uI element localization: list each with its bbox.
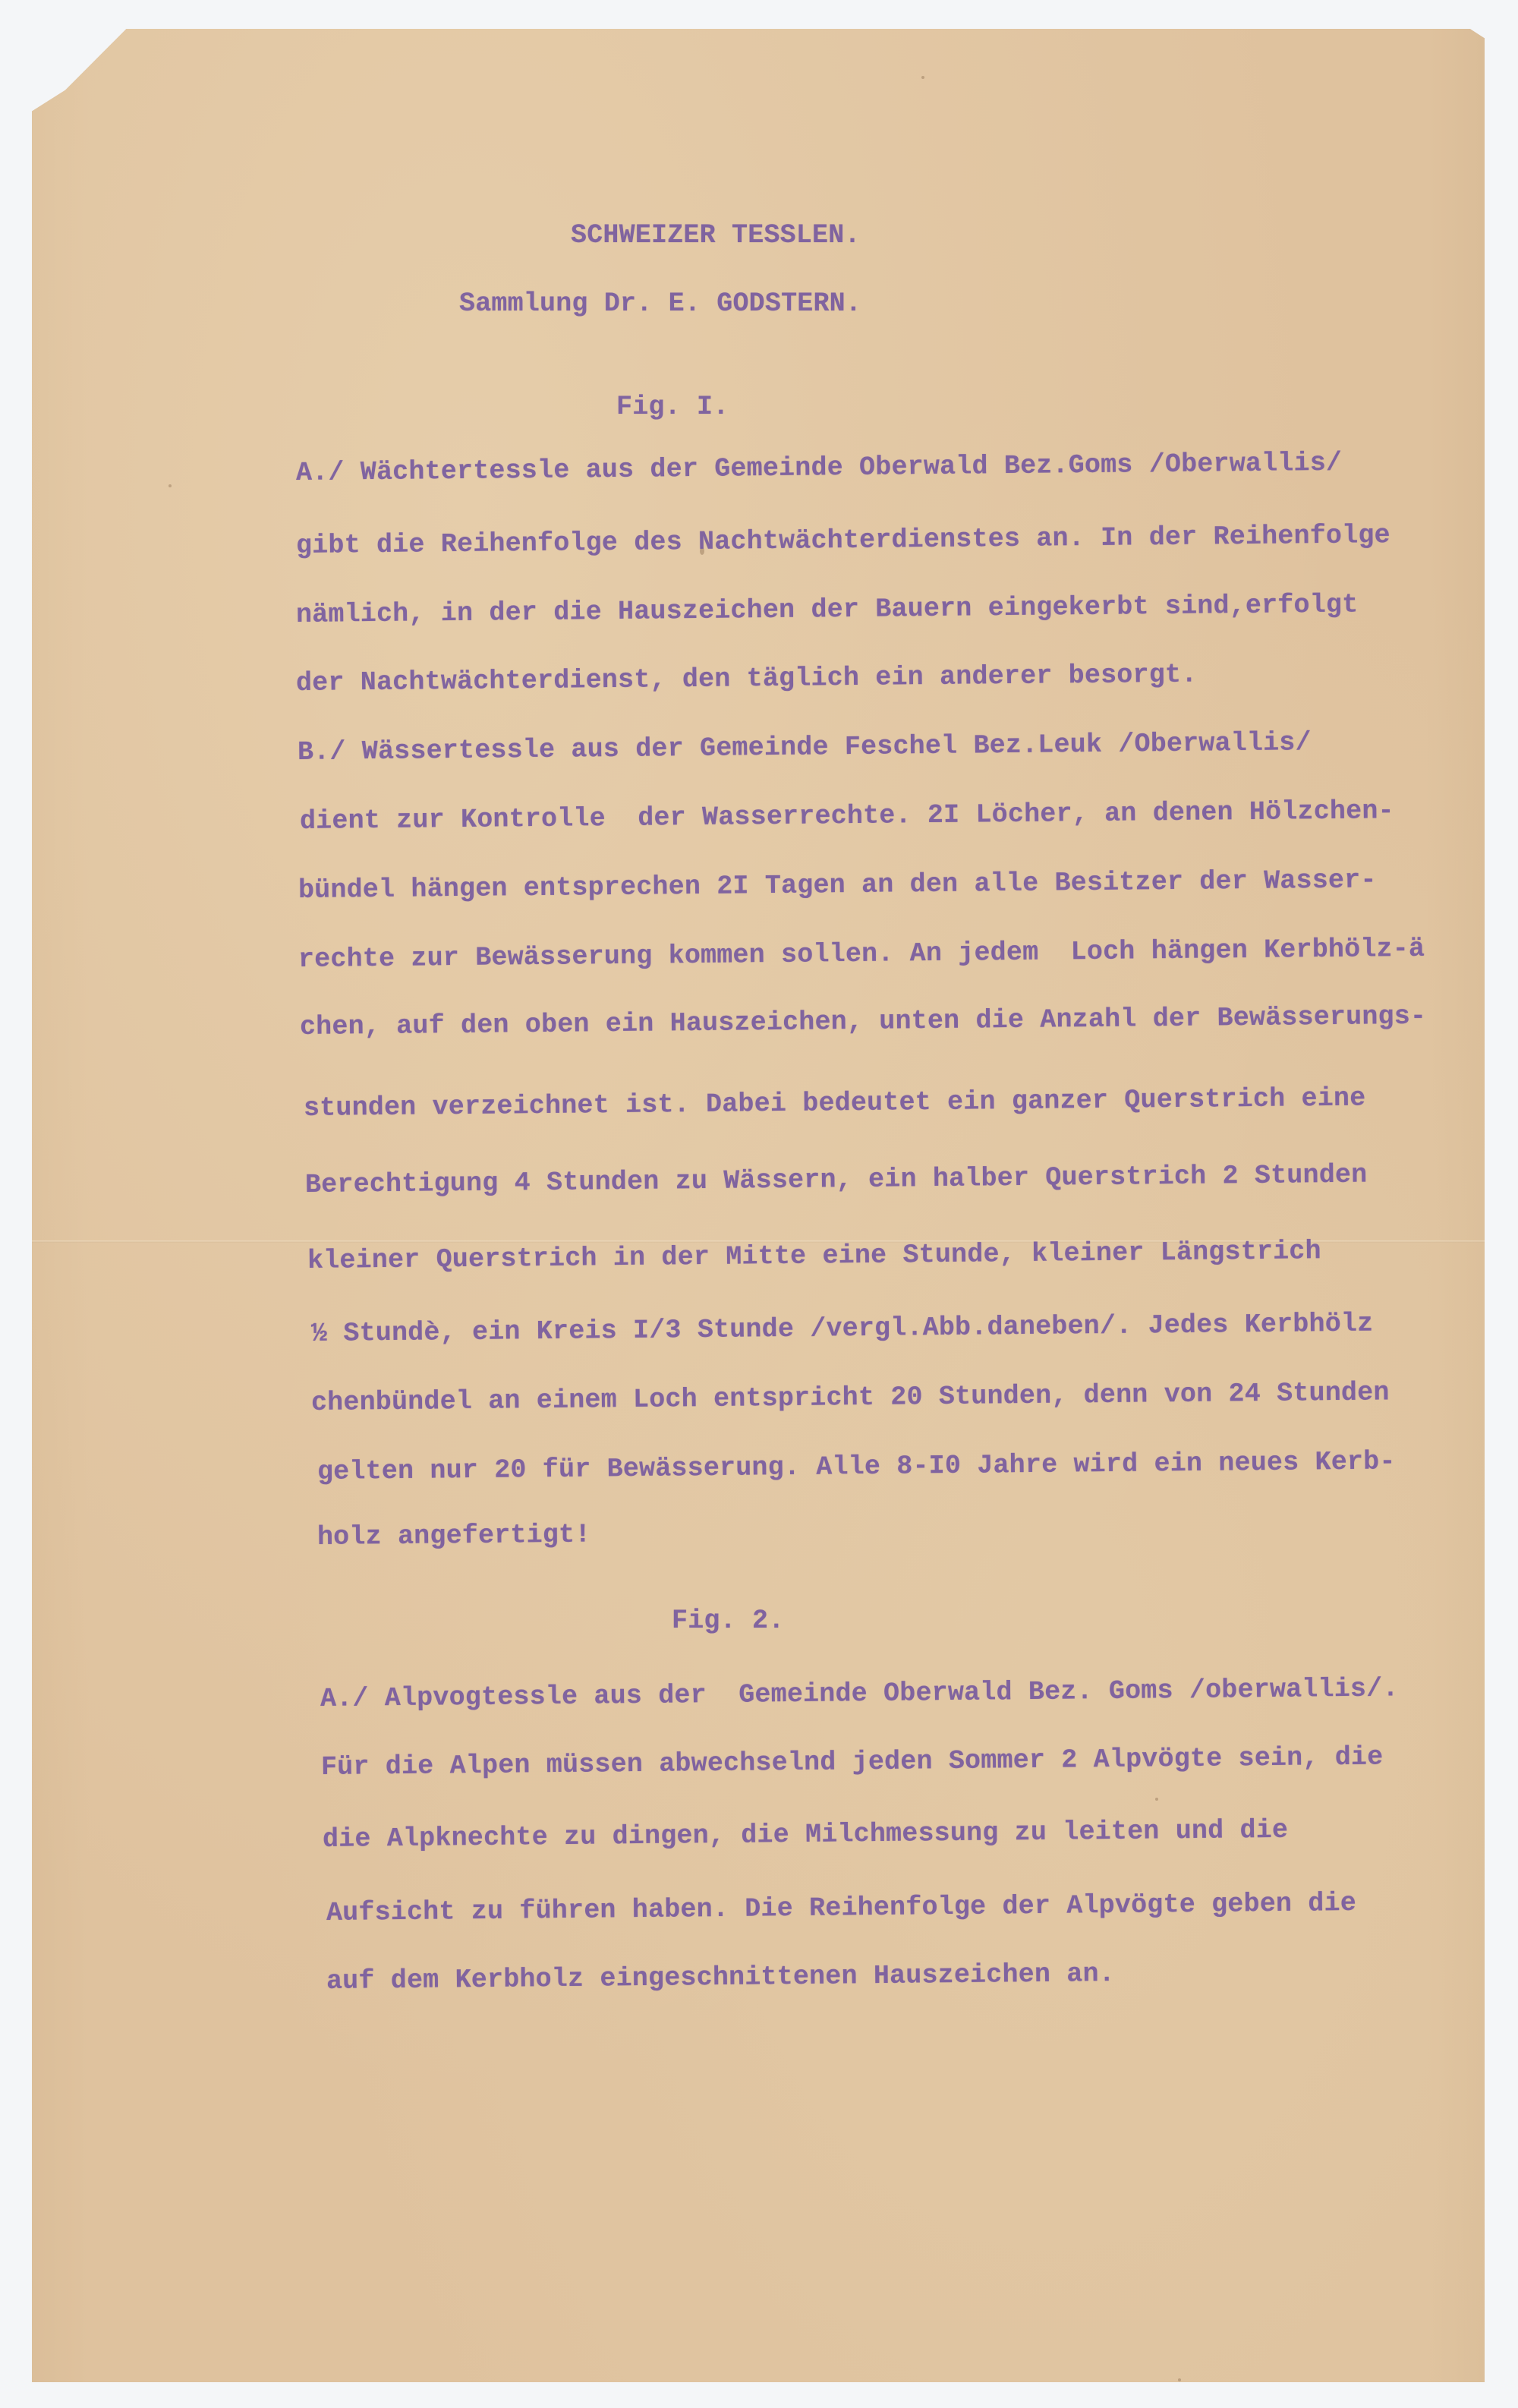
text-line: der Nachtwächterdienst, den täglich ein … <box>296 660 1198 698</box>
text-line: gibt die Reihenfolge des Nachtwächterdie… <box>296 520 1390 561</box>
text-line: die Alpknechte zu dingen, die Milchmessu… <box>323 1815 1289 1855</box>
text-line: B./ Wässertessle aus der Gemeinde Fesche… <box>298 727 1312 767</box>
paper-sheet: SCHWEIZER TESSLEN. Sammlung Dr. E. GODST… <box>32 29 1485 2382</box>
text-line: dient zur Kontrolle der Wasserrechte. 2I… <box>300 796 1394 837</box>
text-line: ½ Stundè, ein Kreis I/3 Stunde /vergl.Ab… <box>311 1309 1374 1349</box>
text-line: rechte zur Bewässerung kommen sollen. An… <box>298 934 1425 975</box>
text-line: gelten nur 20 für Bewässerung. Alle 8-I0… <box>317 1446 1396 1487</box>
text-line: Für die Alpen müssen abwechselnd jeden S… <box>321 1742 1384 1782</box>
paper-speck <box>168 484 172 487</box>
text-line: auf dem Kerbholz eingeschnittenen Hausze… <box>326 1959 1115 1997</box>
text-line: A./ Wächtertessle aus der Gemeinde Oberw… <box>296 448 1343 488</box>
text-line: chenbündel an einem Loch entspricht 20 S… <box>311 1377 1390 1418</box>
document-subtitle: Sammlung Dr. E. GODSTERN. <box>459 288 861 319</box>
paper-speck <box>1155 1798 1158 1801</box>
section-heading-fig-1: Fig. I. <box>616 392 729 422</box>
text-line: nämlich, in der die Hauszeichen der Baue… <box>296 590 1359 630</box>
text-line: stunden verzeichnet ist. Dabei bedeutet … <box>304 1083 1366 1124</box>
text-line: A./ Alpvogtessle aus der Gemeinde Oberwa… <box>320 1673 1399 1714</box>
paper-speck <box>1178 2378 1181 2381</box>
text-line: Aufsicht zu führen haben. Die Reihenfolg… <box>326 1888 1356 1928</box>
section-heading-fig-2: Fig. 2. <box>672 1606 784 1636</box>
document-title: SCHWEIZER TESSLEN. <box>571 220 861 251</box>
text-line: bündel hängen entsprechen 2I Tagen an de… <box>298 865 1377 906</box>
text-line: Berechtigung 4 Stunden zu Wässern, ein h… <box>305 1160 1368 1200</box>
paper-speck <box>921 76 924 79</box>
text-line: holz angefertigt! <box>317 1520 591 1552</box>
text-line: chen, auf den oben ein Hauszeichen, unte… <box>300 1001 1427 1042</box>
